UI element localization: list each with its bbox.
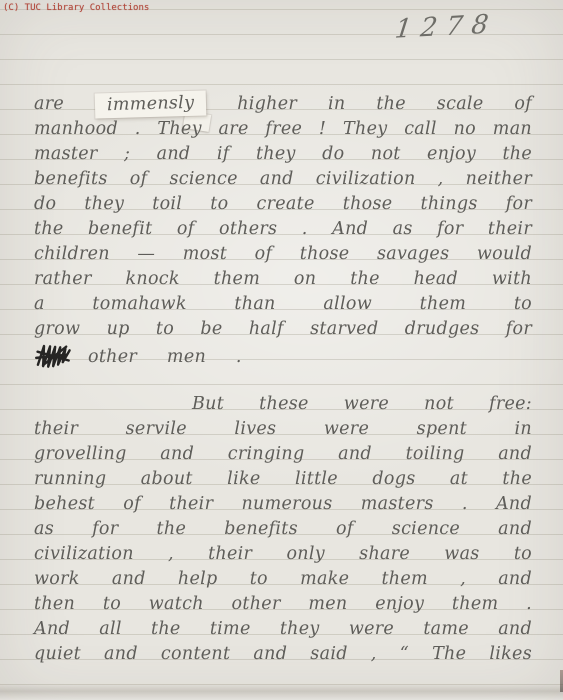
copyright-watermark: (C) TUC Library Collections [3, 3, 149, 13]
correction-patch-word: immensly [95, 90, 207, 118]
handwritten-text: are immensly higher in the scale of manh… [34, 92, 532, 667]
handwritten-line-15: running about like little dogs at the [34, 467, 532, 492]
handwritten-line-19: work and help to make them , and [34, 567, 532, 592]
handwritten-line-8: rather knock them on the head with [34, 267, 532, 292]
line-11-text: other men . [88, 347, 242, 367]
manuscript-page: (C) TUC Library Collections 1278 are imm… [0, 0, 563, 700]
blank-line [34, 367, 532, 392]
handwritten-line-7: children — most of those savages would [34, 242, 532, 267]
handwritten-line-1: are immensly higher in the scale of [34, 92, 532, 117]
handwritten-line-16: behest of their numerous masters . And [34, 492, 532, 517]
handwritten-line-18: civilization , their only share was to [34, 542, 532, 567]
handwritten-line-14: grovelling and cringing and toiling and [34, 442, 532, 467]
handwritten-line-12: But these were not free: [192, 392, 532, 417]
page-number: 1278 [393, 9, 499, 45]
handwritten-line-20: then to watch other men enjoy them . [34, 592, 532, 617]
handwritten-line-22: quiet and content and said , “ The likes [34, 642, 532, 667]
handwritten-line-6: the benefit of others . And as for their [34, 217, 532, 242]
handwritten-line-9: a tomahawk than allow them to [34, 292, 532, 317]
handwritten-line-5: do they toil to create those things for [34, 192, 532, 217]
scan-bottom-shadow [0, 684, 563, 700]
handwritten-line-4: benefits of science and civilization , n… [34, 167, 532, 192]
handwritten-line-3: master ; and if they do not enjoy the [34, 142, 532, 167]
line-1-prefix: are [34, 94, 64, 114]
handwritten-line-17: as for the benefits of science and [34, 517, 532, 542]
scribbled-out-word-icon [33, 340, 75, 370]
handwritten-line-21: And all the time they were tame and [34, 617, 532, 642]
handwritten-line-10: grow up to be half starved drudges for [34, 317, 532, 342]
line-1-suffix: higher in the scale of [237, 94, 532, 114]
handwritten-line-13: their servile lives were spent in [34, 417, 532, 442]
handwritten-line-2: manhood . They are free ! They call no m… [34, 117, 532, 142]
handwritten-line-11: other men . [34, 342, 532, 367]
